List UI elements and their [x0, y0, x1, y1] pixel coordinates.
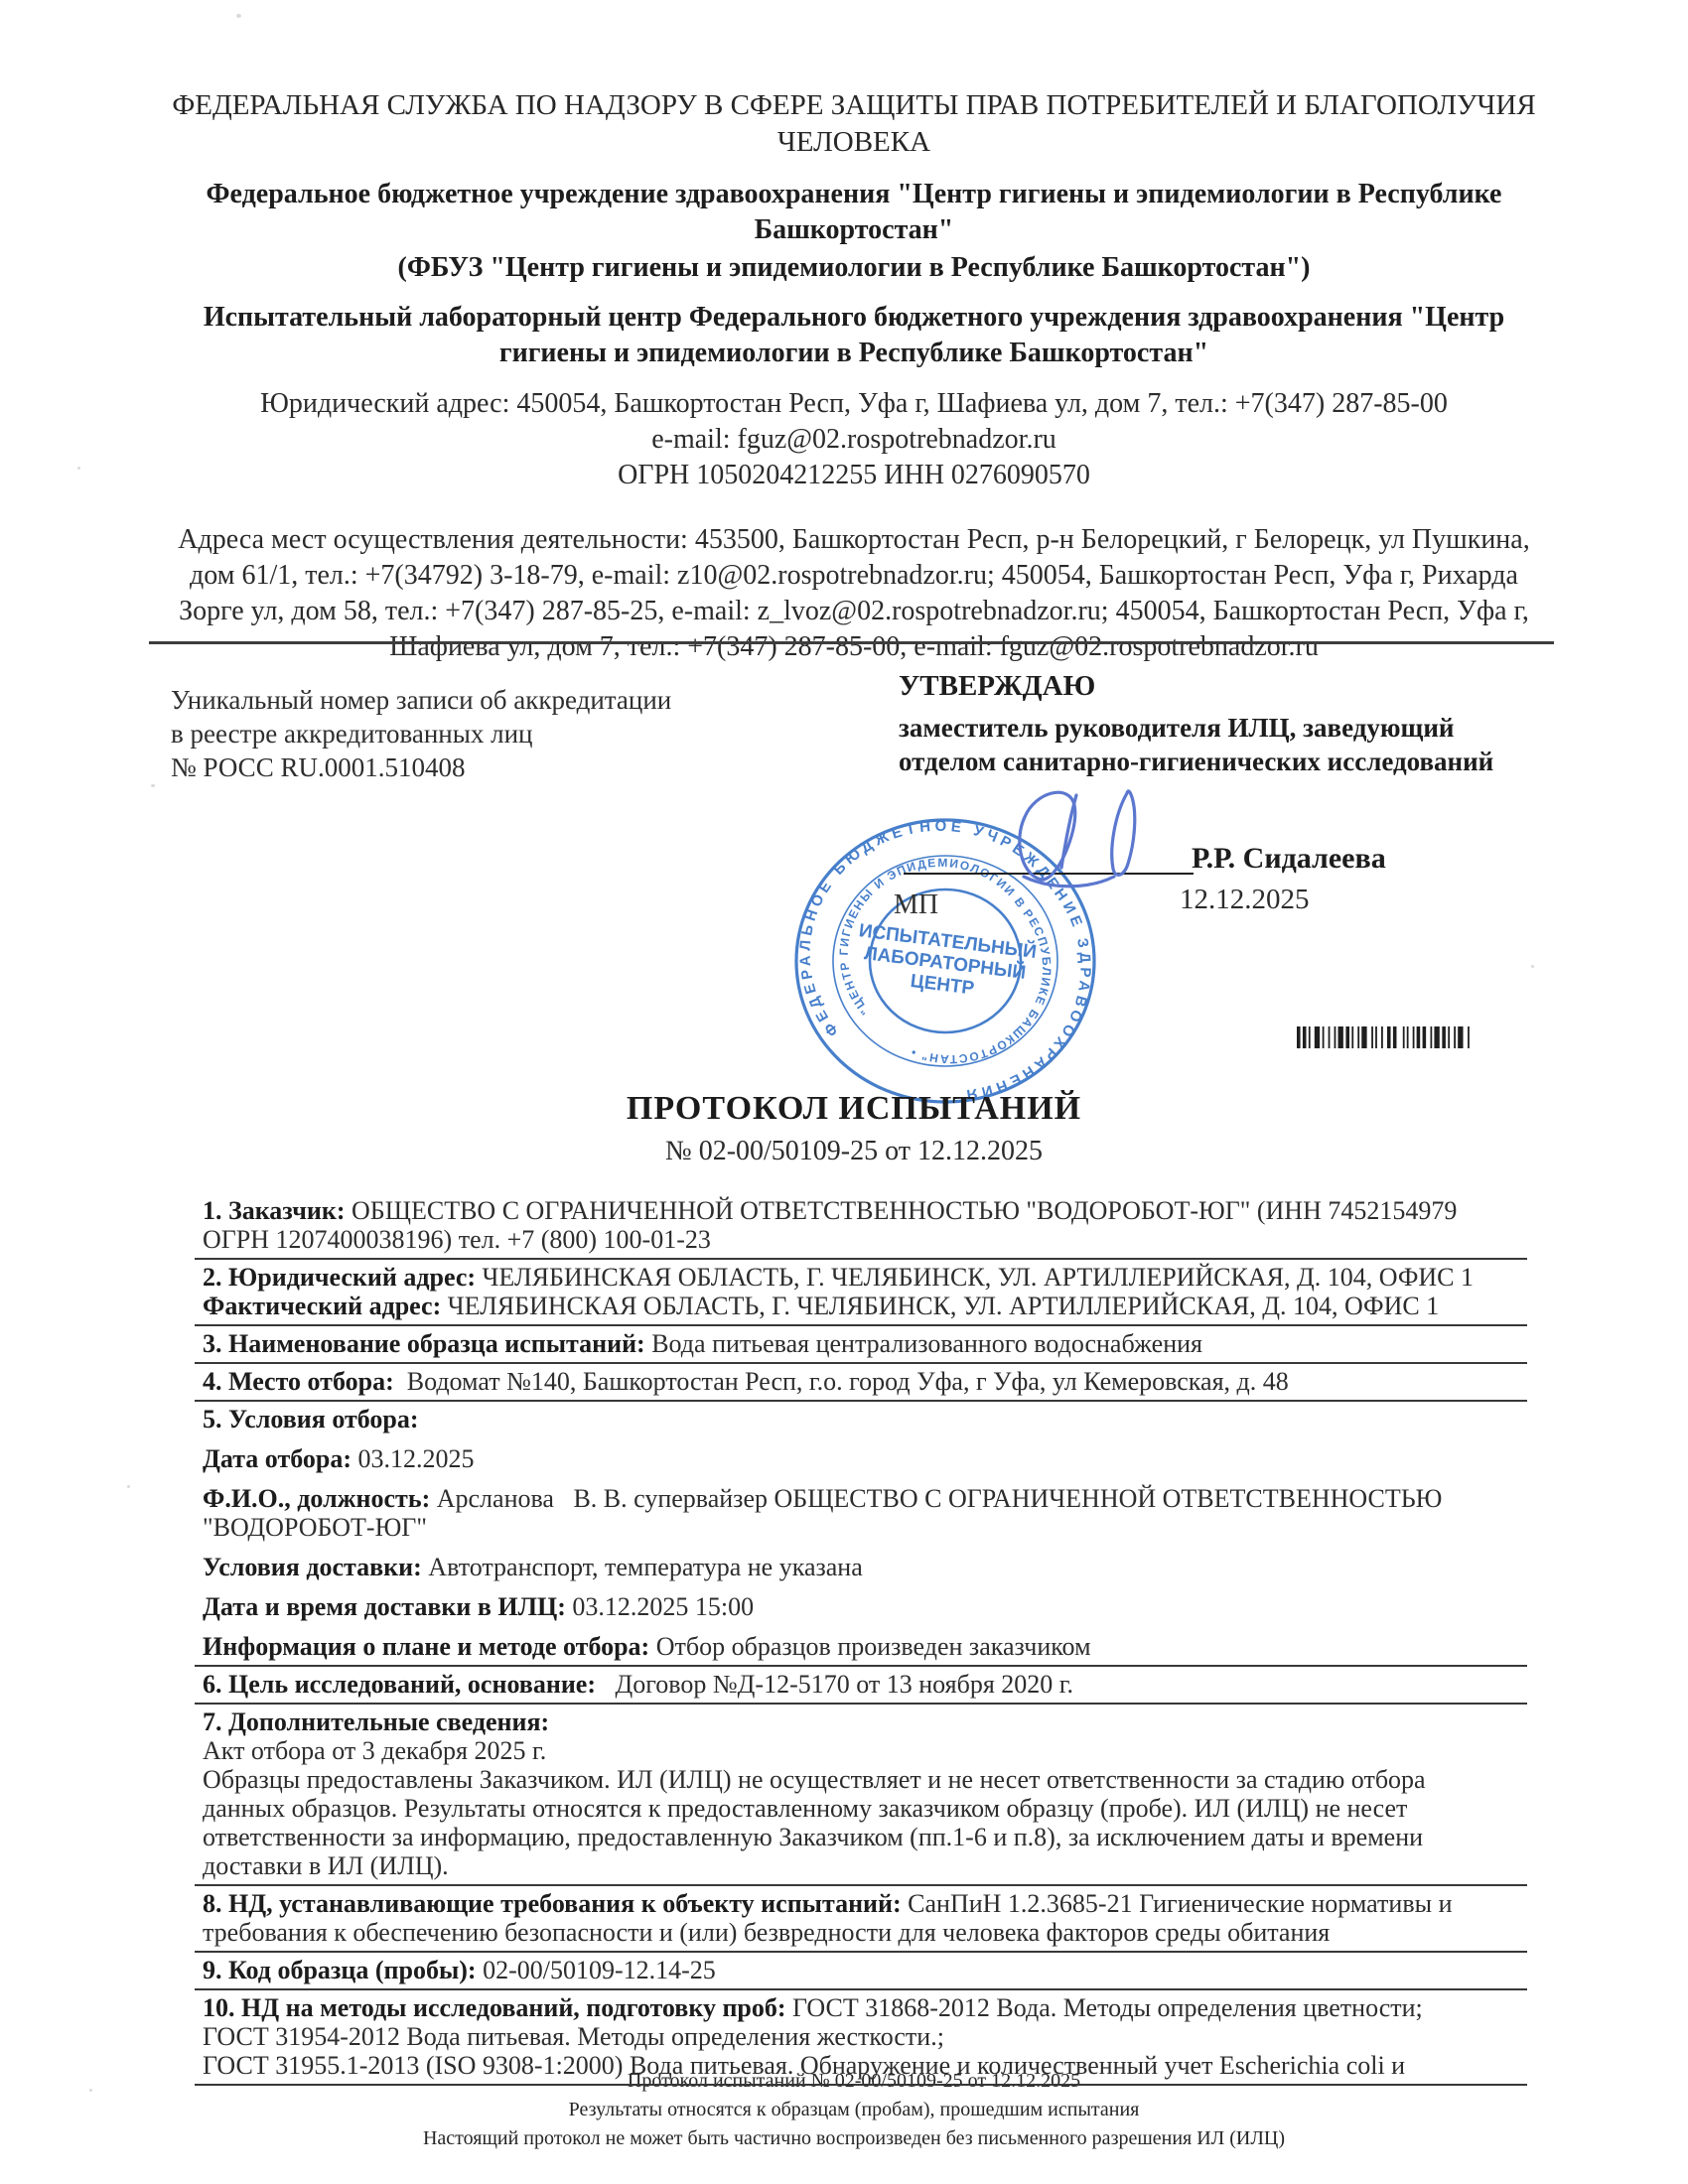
- section-row: 4. Место отбора: Водомат №140, Башкортос…: [203, 1367, 1527, 1396]
- header-divider: [149, 641, 1554, 644]
- accreditation-number: № РОСС RU.0001.510408: [171, 751, 671, 784]
- legal-address-line: Юридический адрес: 450054, Башкортостан …: [139, 387, 1569, 421]
- section-row: Информация о плане и методе отбора: Отбо…: [203, 1632, 1527, 1661]
- scan-speck: [77, 467, 80, 470]
- scan-speck: [151, 784, 155, 787]
- section-row: 1. Заказчик: ОБЩЕСТВО С ОГРАНИЧЕННОЙ ОТВ…: [203, 1196, 1527, 1225]
- scan-speck: [1531, 965, 1534, 968]
- section-row: 5. Условия отбора:: [203, 1405, 1527, 1433]
- approval-title: УТВЕРЖДАЮ: [899, 669, 1493, 703]
- scan-speck: [236, 14, 241, 18]
- section-row: 2. Юридический адрес: ЧЕЛЯБИНСКАЯ ОБЛАСТ…: [203, 1263, 1527, 1292]
- organization-abbreviation: (ФБУЗ "Центр гигиены и эпидемиологии в Р…: [139, 250, 1569, 286]
- section-2: 2. Юридический адрес: ЧЕЛЯБИНСКАЯ ОБЛАСТ…: [195, 1260, 1527, 1326]
- section-row: Ф.И.О., должность: Арсланова В. В. супер…: [203, 1484, 1527, 1513]
- footer-line: Результаты относятся к образцам (пробам)…: [139, 2096, 1569, 2124]
- document-header: ФЕДЕРАЛЬНАЯ СЛУЖБА ПО НАДЗОРУ В СФЕРЕ ЗА…: [139, 87, 1569, 665]
- section-row: 10. НД на методы исследований, подготовк…: [203, 1993, 1527, 2022]
- approver-name: Р.Р. Сидалеева: [1192, 842, 1386, 876]
- approval-position-line: заместитель руководителя ИЛЦ, заведующий: [899, 711, 1493, 745]
- section-row: Дата отбора: 03.12.2025: [203, 1444, 1527, 1473]
- section-row: Акт отбора от 3 декабря 2025 г.: [203, 1736, 1527, 1765]
- email-line: e-mail: fguz@02.rospotrebnadzor.ru: [139, 423, 1569, 457]
- section-row: ГОСТ 31955.1-2013 (ISO 9308-1:2000) Вода…: [203, 2051, 1527, 2080]
- accreditation-line: в реестре аккредитованных лиц: [171, 717, 671, 751]
- scan-speck: [89, 2089, 92, 2092]
- accreditation-block: Уникальный номер записи об аккредитации …: [171, 683, 671, 784]
- section-7: 7. Дополнительные сведения:Акт отбора от…: [195, 1705, 1527, 1886]
- approval-block: УТВЕРЖДАЮ заместитель руководителя ИЛЦ, …: [899, 669, 1493, 778]
- barcode: [1297, 1026, 1476, 1050]
- section-row: Дата и время доставки в ИЛЦ: 03.12.2025 …: [203, 1592, 1527, 1621]
- protocol-number: № 02-00/50109-25 от 12.12.2025: [0, 1136, 1688, 1167]
- ogrn-inn-line: ОГРН 1050204212255 ИНН 0276090570: [139, 459, 1569, 492]
- protocol-sections: 1. Заказчик: ОБЩЕСТВО С ОГРАНИЧЕННОЙ ОТВ…: [195, 1193, 1527, 2086]
- section-row: 9. Код образца (пробы): 02-00/50109-12.1…: [203, 1956, 1527, 1984]
- section-row: доставки в ИЛ (ИЛЦ).: [203, 1851, 1527, 1880]
- mp-mark: МП: [894, 889, 938, 921]
- section-9: 9. Код образца (пробы): 02-00/50109-12.1…: [195, 1953, 1527, 1990]
- footer-line: Настоящий протокол не может быть частичн…: [139, 2124, 1569, 2153]
- accreditation-line: Уникальный номер записи об аккредитации: [171, 683, 671, 717]
- section-row: ОГРН 1207400038196) тел. +7 (800) 100-01…: [203, 1225, 1527, 1254]
- organization-name: Федеральное бюджетное учреждение здравоо…: [169, 177, 1539, 248]
- approval-date: 12.12.2025: [1180, 884, 1310, 916]
- section-row: Образцы предоставлены Заказчиком. ИЛ (ИЛ…: [203, 1765, 1527, 1794]
- section-row: "ВОДОРОБОТ-ЮГ": [203, 1513, 1527, 1542]
- scan-speck: [127, 1485, 130, 1488]
- section-row: требования к обеспечению безопасности и …: [203, 1918, 1527, 1947]
- section-row: Фактический адрес: ЧЕЛЯБИНСКАЯ ОБЛАСТЬ, …: [203, 1292, 1527, 1320]
- section-row: данных образцов. Результаты относятся к …: [203, 1794, 1527, 1823]
- section-row: 3. Наименование образца испытаний: Вода …: [203, 1329, 1527, 1358]
- scanned-protocol-page: ФЕДЕРАЛЬНАЯ СЛУЖБА ПО НАДЗОРУ В СФЕРЕ ЗА…: [0, 0, 1688, 2184]
- section-row: ответственности за информацию, предостав…: [203, 1823, 1527, 1851]
- section-3: 3. Наименование образца испытаний: Вода …: [195, 1326, 1527, 1364]
- signature: [1011, 780, 1185, 894]
- section-8: 8. НД, устанавливающие требования к объе…: [195, 1886, 1527, 1953]
- section-row: 7. Дополнительные сведения:: [203, 1707, 1527, 1736]
- section-5: 5. Условия отбора:Дата отбора: 03.12.202…: [195, 1402, 1527, 1667]
- laboratory-name: Испытательный лабораторный центр Федерал…: [179, 300, 1529, 371]
- section-4: 4. Место отбора: Водомат №140, Башкортос…: [195, 1364, 1527, 1402]
- section-6: 6. Цель исследований, основание: Договор…: [195, 1667, 1527, 1705]
- approval-position-line: отделом санитарно-гигиенических исследов…: [899, 745, 1493, 778]
- section-10: 10. НД на методы исследований, подготовк…: [195, 1990, 1527, 2086]
- section-row: Условия доставки: Автотранспорт, темпера…: [203, 1553, 1527, 1581]
- section-row: 6. Цель исследований, основание: Договор…: [203, 1670, 1527, 1699]
- federal-service-name: ФЕДЕРАЛЬНАЯ СЛУЖБА ПО НАДЗОРУ В СФЕРЕ ЗА…: [169, 87, 1539, 161]
- section-1: 1. Заказчик: ОБЩЕСТВО С ОГРАНИЧЕННОЙ ОТВ…: [195, 1193, 1527, 1260]
- section-row: 8. НД, устанавливающие требования к объе…: [203, 1889, 1527, 1918]
- section-row: ГОСТ 31954-2012 Вода питьевая. Методы оп…: [203, 2022, 1527, 2051]
- protocol-title: ПРОТОКОЛ ИСПЫТАНИЙ: [0, 1090, 1688, 1128]
